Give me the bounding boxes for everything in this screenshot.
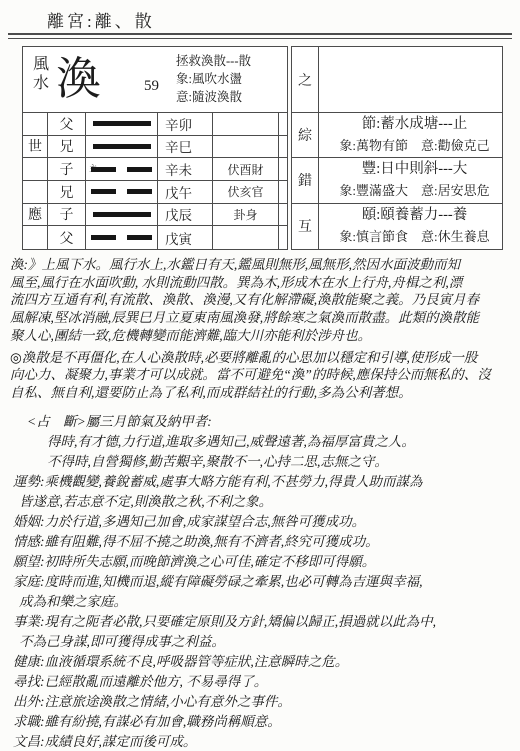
yao-relation: 子: [48, 158, 86, 181]
text-line: 自私、無自利,還要防止為了私利,而成群結社的行動,多為公利著想。: [10, 384, 515, 402]
paragraph-commentary: ◎渙散是不再僵化,在人心渙散時,必要將離亂的心思加以穩定和引導,使形成一股 向心…: [10, 349, 515, 402]
yao-ganzhi: 戊寅: [158, 226, 213, 249]
broken-line-icon: [91, 235, 116, 240]
section-qinggan: 情感:雖有阻難,得不屈不撓之助渙,無有不濟者,終究可獲成功。: [13, 532, 515, 552]
yao-hidden: [213, 136, 279, 159]
yao-ganzhi: 辛未: [158, 158, 213, 181]
hexagram-image-line: 象:風吹水盪: [176, 70, 251, 88]
yao-marker: [23, 226, 48, 249]
yao-tail-cell: [279, 181, 287, 204]
yao-hidden: 卦身: [213, 204, 279, 227]
related-line2: 象:萬物有節 意:勸儉克己: [339, 135, 489, 156]
yao-hidden: [213, 113, 279, 136]
divination-section: <占 斷>屬三月節氣及納甲者: 得時,有才德,力行道,進取多遇知己,威聲遠著,為…: [10, 412, 515, 472]
yao-tail-cell: [279, 158, 287, 181]
divination-heading: <占 斷>屬三月節氣及納甲者:: [10, 412, 515, 432]
section-wenchang: 文昌:成績良好,謀定而後可成。: [13, 732, 515, 751]
yao-relation: 兄: [48, 181, 86, 204]
broken-line-icon: [127, 235, 152, 240]
hexagram-header: 風 水 渙 59 拯救渙散---散 象:風吹水盪 意:隨波渙散: [23, 47, 287, 113]
section-chuwai: 出外:注意旅途渙散之情緒,小心有意外之事件。: [13, 692, 515, 712]
related-label-cuo: 錯: [292, 158, 319, 203]
topic-sections: 運勢:乘機觀變,養銳蓄威,處事大略方能有利,不甚勞力,得貴人助而謀為 皆遂意,若…: [10, 472, 515, 751]
section-shiye-cont: 不為己身謀,即可獲得成事之利益。: [13, 632, 515, 652]
related-line1: 頤:頤養蓄力---養: [362, 205, 468, 226]
yao-relation: 兄: [48, 136, 86, 159]
yao-relation: 父: [48, 113, 86, 136]
related-hexagrams-table: 之 綜 節:蓄水成塘---止 象:萬物有節 意:勸儉克己 錯 豐:日中則斜---…: [291, 46, 503, 250]
title-divider: [8, 33, 512, 39]
yao-hidden: 伏亥官: [213, 181, 279, 204]
yao-line-solid: [86, 113, 158, 136]
yao-line-solid: [86, 136, 158, 159]
section-xunzhao: 尋找:已經散亂而遠離於他方, 不易尋得了。: [13, 672, 515, 692]
text-line: 不得時,自營獨修,勤苦艱辛,聚散不一,心持二思,志無之守。: [10, 452, 515, 472]
yao-relation: 子: [48, 204, 86, 227]
yao-hidden: [213, 226, 279, 249]
section-yunshi-cont: 皆遂意,若志意不定,則渙散之秋,不利之象。: [13, 492, 515, 512]
solid-line-icon: [93, 121, 151, 126]
section-jiankang: 健康:血液循環系統不良,呼吸器管等症狀,注意瞬時之危。: [13, 652, 515, 672]
text-line: ◎渙散是不再僵化,在人心渙散時,必要將離亂的心思加以穩定和引導,使形成一股: [10, 349, 515, 367]
solid-line-icon: [93, 212, 151, 217]
related-line2: 象:豐滿盛大 意:居安思危: [339, 180, 489, 201]
related-label-hu: 互: [292, 204, 319, 249]
yao-ganzhi: 辛卯: [158, 113, 213, 136]
related-label-zong: 綜: [292, 113, 319, 158]
text-line: 得時,有才德,力行道,進取多遇知己,威聲遠著,為福厚富貴之人。: [10, 432, 515, 452]
related-line2: 象:慎言節食 意:休生養息: [339, 226, 489, 247]
text-line: 渙:》上風下水。風行水上,水鑑日有天,鑑風則無形,風無形,然因水面波動而知: [10, 256, 515, 274]
section-yunshi: 運勢:乘機觀變,養銳蓄威,處事大略方能有利,不甚勞力,得貴人助而謀為: [13, 472, 515, 492]
yao-ganzhi: 戊午: [158, 181, 213, 204]
related-line1: 豐:日中則斜---大: [362, 159, 468, 180]
hexagram-number: 59: [144, 78, 159, 95]
yao-marker: 應: [23, 204, 48, 227]
hexagram-name: 渙: [56, 53, 101, 105]
hexagram-summary: 拯救渙散---散: [176, 52, 251, 70]
hexagram-description: 拯救渙散---散 象:風吹水盪 意:隨波渙散: [176, 52, 251, 106]
yao-line-solid: [86, 204, 158, 227]
text-line: 風解凍,堅冰消融,辰巽巳月立夏東南風渙發,將餘寒之氣渙而散盡。此類的渙散能: [10, 309, 515, 327]
body-text: 渙:》上風下水。風行水上,水鑑日有天,鑑風則無形,風無形,然因水面波動而知 風至…: [10, 256, 515, 751]
yao-tail-cell: [279, 204, 287, 227]
text-line: 向心力、凝聚力,事業才可以成就。當不可避免“渙”的時候,應保持公而無私的、沒: [10, 366, 515, 384]
section-jiating: 家庭:度時而進,知機而退,縱有障礙勞碌之牽累,也必可轉為吉運與幸福,: [13, 572, 515, 592]
text-line: 流四方互通有利,有流散、渙散、渙漫,又有化解滯礙,渙散能聚之義。乃艮寅月春: [10, 291, 515, 309]
yao-tail-cell: [279, 113, 287, 136]
trigram-bottom-char: 水: [33, 74, 49, 93]
trigram-names: 風 水: [33, 55, 49, 93]
yao-hidden: 伏酉財: [213, 158, 279, 181]
yao-tail-cell: [279, 136, 287, 159]
text-line: 風至,風行在水面吹動, 水則流動四散。巽為木,形成木在水上行舟,舟楫之利,漂: [10, 274, 515, 292]
zhi-empty-cell: [319, 47, 502, 113]
yao-line-broken: [86, 181, 158, 204]
section-jiating-cont: 成為和樂之家庭。: [13, 592, 515, 612]
yao-line-broken: 主: [86, 158, 158, 181]
yao-marker: 世: [23, 136, 48, 159]
document-page: 離宮:離、散 風 水 渙 59 拯救渙散---散 象:風吹水盪 意:隨波渙散 父…: [0, 0, 520, 751]
yao-tail-cell: [279, 226, 287, 249]
related-text-cuo: 豐:日中則斜---大 象:豐滿盛大 意:居安思危: [319, 158, 502, 203]
section-shiye: 事業:現有之阨者必散,只要確定原則及方針,矯偏以歸正,損過就以此為中,: [13, 612, 515, 632]
section-hunyin: 婚姻:力於行道,多遇知己加會,成家謀望合志,無咎可獲成功。: [13, 512, 515, 532]
related-text-zong: 節:蓄水成塘---止 象:萬物有節 意:勸儉克己: [319, 113, 502, 158]
broken-line-icon: [127, 167, 152, 172]
yao-prefix-mark: 主: [89, 165, 97, 173]
yao-line-broken: [86, 226, 158, 249]
yao-ganzhi: 辛巳: [158, 136, 213, 159]
section-qiuzhi: 求職:雖有紛撓,有謀必有加會,職務尚稱順意。: [13, 712, 515, 732]
hexagram-meaning-line: 意:隨波渙散: [176, 88, 251, 106]
yao-marker: [23, 158, 48, 181]
yao-ganzhi: 戊辰: [158, 204, 213, 227]
paragraph-huan-description: 渙:》上風下水。風行水上,水鑑日有天,鑑風則無形,風無形,然因水面波動而知 風至…: [10, 256, 515, 345]
text-line: 聚人心,團結一致,危機轉變而能濟難,臨大川亦能利於涉舟也。: [10, 327, 515, 345]
yao-relation: 父: [48, 226, 86, 249]
hexagram-table: 風 水 渙 59 拯救渙散---散 象:風吹水盪 意:隨波渙散 父 辛卯 世 兄…: [22, 46, 288, 250]
broken-line-icon: [127, 189, 152, 194]
section-yuanwang: 願望:初時所失志願,而晚節濟渙之心可佳,確定不移即可得願。: [13, 552, 515, 572]
page-title: 離宮:離、散: [47, 7, 155, 32]
zhi-label: 之: [292, 47, 319, 113]
broken-line-icon: [91, 189, 116, 194]
solid-line-icon: [93, 144, 151, 149]
related-line1: 節:蓄水成塘---止: [362, 114, 468, 135]
related-text-hu: 頤:頤養蓄力---養 象:慎言節食 意:休生養息: [319, 204, 502, 249]
yao-marker: [23, 181, 48, 204]
yao-marker: [23, 113, 48, 136]
trigram-top-char: 風: [33, 55, 49, 74]
